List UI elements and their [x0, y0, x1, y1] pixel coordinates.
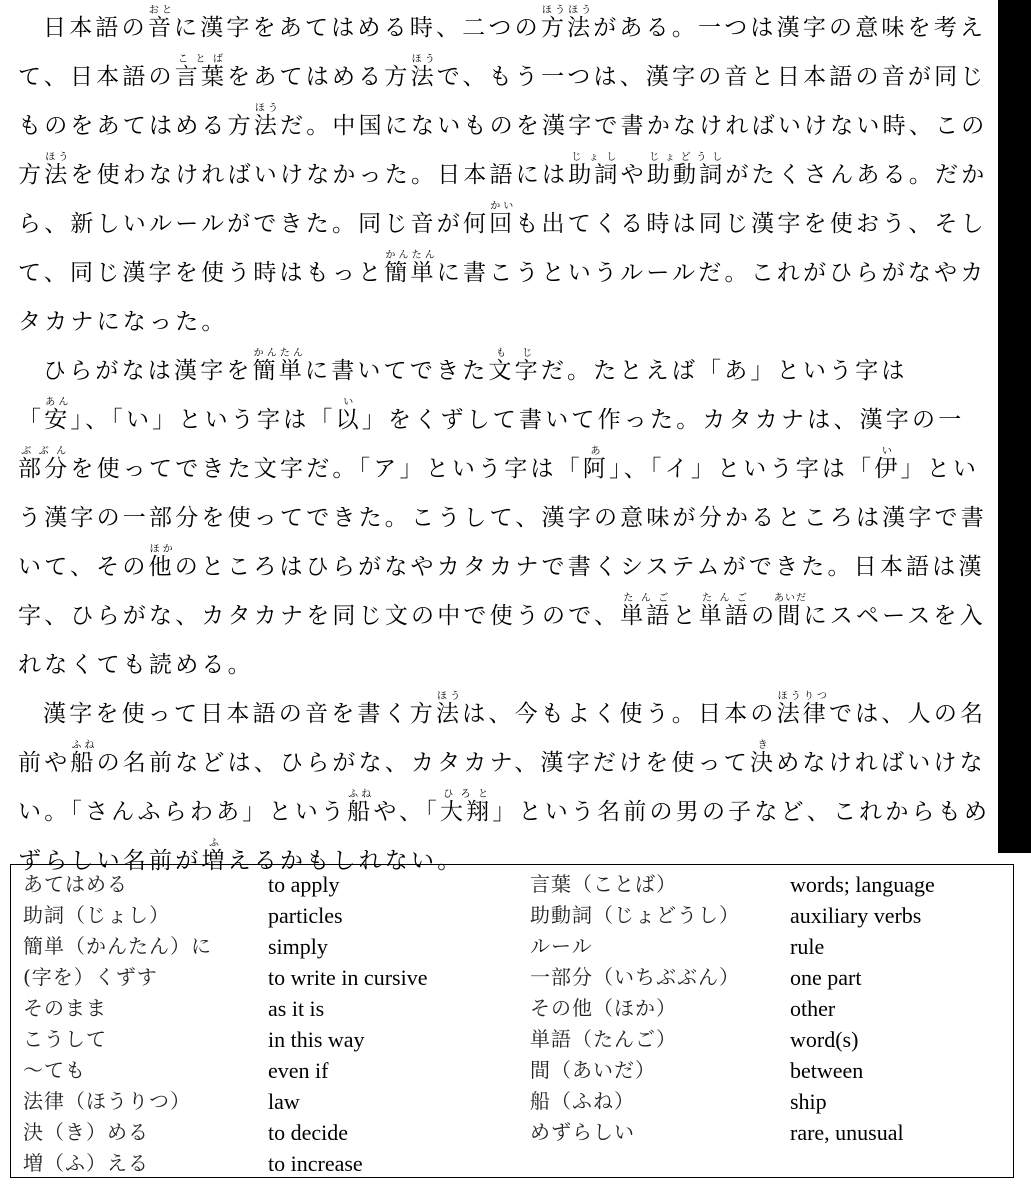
furigana-reading: ほう [411, 54, 437, 65]
vocab-term: そのまま [23, 993, 268, 1024]
vocab-term: めずらしい [530, 1117, 790, 1148]
furigana-word: 助詞じょし [568, 162, 620, 188]
furigana-word: 文字もじ [488, 358, 540, 384]
furigana-word: 音おと [148, 15, 174, 41]
furigana-reading: かんたん [384, 250, 436, 261]
furigana-reading: たんご [620, 593, 672, 604]
vocab-meaning [790, 1148, 1010, 1179]
reading-passage: 日本語の音おとに漢字をあてはめる時、二つの方法ほうほうがある。一つは漢字の意味を… [18, 4, 993, 886]
paragraph-2: ひらがなは漢字を簡単かんたんに書いてできた文字もじだ。たとえば「あ」という字は「… [18, 347, 993, 690]
furigana-reading: き [750, 740, 776, 751]
furigana-word: 安あん [44, 407, 70, 433]
furigana-word: 法ほう [436, 701, 462, 727]
vocab-term: 間（あいだ） [530, 1055, 790, 1086]
paragraph-3: 漢字を使って日本語の音を書く方法ほうは、今もよく使う。日本の法律ほうりつでは、人… [18, 690, 993, 886]
furigana-word: 部分ぶぶん [18, 456, 70, 482]
furigana-word: 法ほう [254, 113, 280, 139]
furigana-word: 大翔ひろと [440, 799, 492, 825]
furigana-reading: かんたん [253, 348, 305, 359]
vocab-meaning: as it is [268, 993, 530, 1024]
furigana-reading: ほうほう [541, 5, 593, 16]
furigana-reading: ほう [44, 152, 70, 163]
furigana-reading: じょどうし [647, 152, 726, 163]
furigana-reading: ふね [347, 789, 373, 800]
vocab-meaning: other [790, 993, 1010, 1024]
vocab-term: 〜ても [23, 1055, 268, 1086]
furigana-reading: あいだ [774, 593, 807, 604]
vocab-term: 単語（たんご） [530, 1024, 790, 1055]
vocab-meaning: between [790, 1055, 1010, 1086]
vocab-meaning: words; language [790, 869, 1010, 900]
vocab-meaning: word(s) [790, 1024, 1010, 1055]
vocab-meaning: particles [268, 900, 530, 931]
furigana-word: 助動詞じょどうし [647, 162, 726, 188]
furigana-word: 回かい [489, 211, 515, 237]
vocab-term: 簡単（かんたん）に [23, 931, 268, 962]
furigana-word: 船ふね [70, 750, 96, 776]
furigana-word: 簡単かんたん [384, 260, 436, 286]
furigana-reading: ほうりつ [777, 691, 829, 702]
vocab-term: ルール [530, 931, 790, 962]
paragraph-1: 日本語の音おとに漢字をあてはめる時、二つの方法ほうほうがある。一つは漢字の意味を… [18, 4, 993, 347]
furigana-word: 法ほう [44, 162, 70, 188]
vocab-term [530, 1148, 790, 1179]
vocab-term: あてはめる [23, 869, 268, 900]
furigana-reading: い [336, 397, 362, 408]
furigana-reading: あん [44, 397, 70, 408]
vocab-term: 増（ふ）える [23, 1148, 268, 1179]
furigana-word: 間あいだ [777, 603, 803, 629]
vocab-meaning: auxiliary verbs [790, 900, 1010, 931]
furigana-reading: ひろと [440, 789, 492, 800]
vocab-term: 決（き）める [23, 1117, 268, 1148]
vocab-meaning: rare, unusual [790, 1117, 1010, 1148]
vocabulary-box: あてはめる to apply 言葉（ことば） words; language 助… [10, 864, 1014, 1178]
furigana-word: 他ほか [149, 554, 175, 580]
vocab-meaning: even if [268, 1055, 530, 1086]
vocab-meaning: to write in cursive [268, 962, 530, 993]
furigana-reading: たんご [699, 593, 751, 604]
furigana-word: 法律ほうりつ [777, 701, 829, 727]
vocab-term: 一部分（いちぶぶん） [530, 962, 790, 993]
furigana-word: 方法ほうほう [541, 15, 593, 41]
vocab-meaning: simply [268, 931, 530, 962]
vocab-term: こうして [23, 1024, 268, 1055]
vocab-term: 言葉（ことば） [530, 869, 790, 900]
furigana-reading: あ [583, 446, 609, 457]
furigana-reading: じょし [568, 152, 620, 163]
furigana-word: 単語たんご [699, 603, 751, 629]
vocab-term: その他（ほか） [530, 993, 790, 1024]
vocab-meaning: law [268, 1086, 530, 1117]
furigana-reading: おと [148, 5, 174, 16]
vocab-meaning: to increase [268, 1148, 530, 1179]
right-edge-bar [998, 0, 1031, 853]
vocab-term: 船（ふね） [530, 1086, 790, 1117]
furigana-reading: かい [489, 201, 515, 212]
furigana-word: 単語たんご [620, 603, 672, 629]
vocab-term: (字を）くずす [23, 962, 268, 993]
furigana-word: 簡単かんたん [253, 358, 305, 384]
vocab-meaning: one part [790, 962, 1010, 993]
vocabulary-grid: あてはめる to apply 言葉（ことば） words; language 助… [23, 869, 1010, 1179]
vocab-term: 法律（ほうりつ） [23, 1086, 268, 1117]
vocab-meaning: to apply [268, 869, 530, 900]
furigana-word: 船ふね [347, 799, 373, 825]
furigana-word: 法ほう [411, 64, 437, 90]
vocab-meaning: rule [790, 931, 1010, 962]
furigana-reading: ぶぶん [18, 446, 70, 457]
furigana-word: 以い [336, 407, 362, 433]
furigana-word: 決き [750, 750, 776, 776]
furigana-reading: ことば [175, 54, 227, 65]
vocab-term: 助詞（じょし） [23, 900, 268, 931]
furigana-reading: ふ [201, 838, 227, 849]
furigana-word: 言葉ことば [175, 64, 227, 90]
furigana-reading: もじ [488, 348, 540, 359]
furigana-reading: ほう [436, 691, 462, 702]
furigana-word: 伊い [874, 456, 900, 482]
vocab-meaning: in this way [268, 1024, 530, 1055]
vocab-meaning: to decide [268, 1117, 530, 1148]
furigana-reading: ほか [149, 544, 175, 555]
furigana-reading: ほう [254, 103, 280, 114]
furigana-reading: い [874, 446, 900, 457]
furigana-reading: ふね [70, 740, 96, 751]
vocab-meaning: ship [790, 1086, 1010, 1117]
furigana-word: 阿あ [583, 456, 609, 482]
vocab-term: 助動詞（じょどうし） [530, 900, 790, 931]
